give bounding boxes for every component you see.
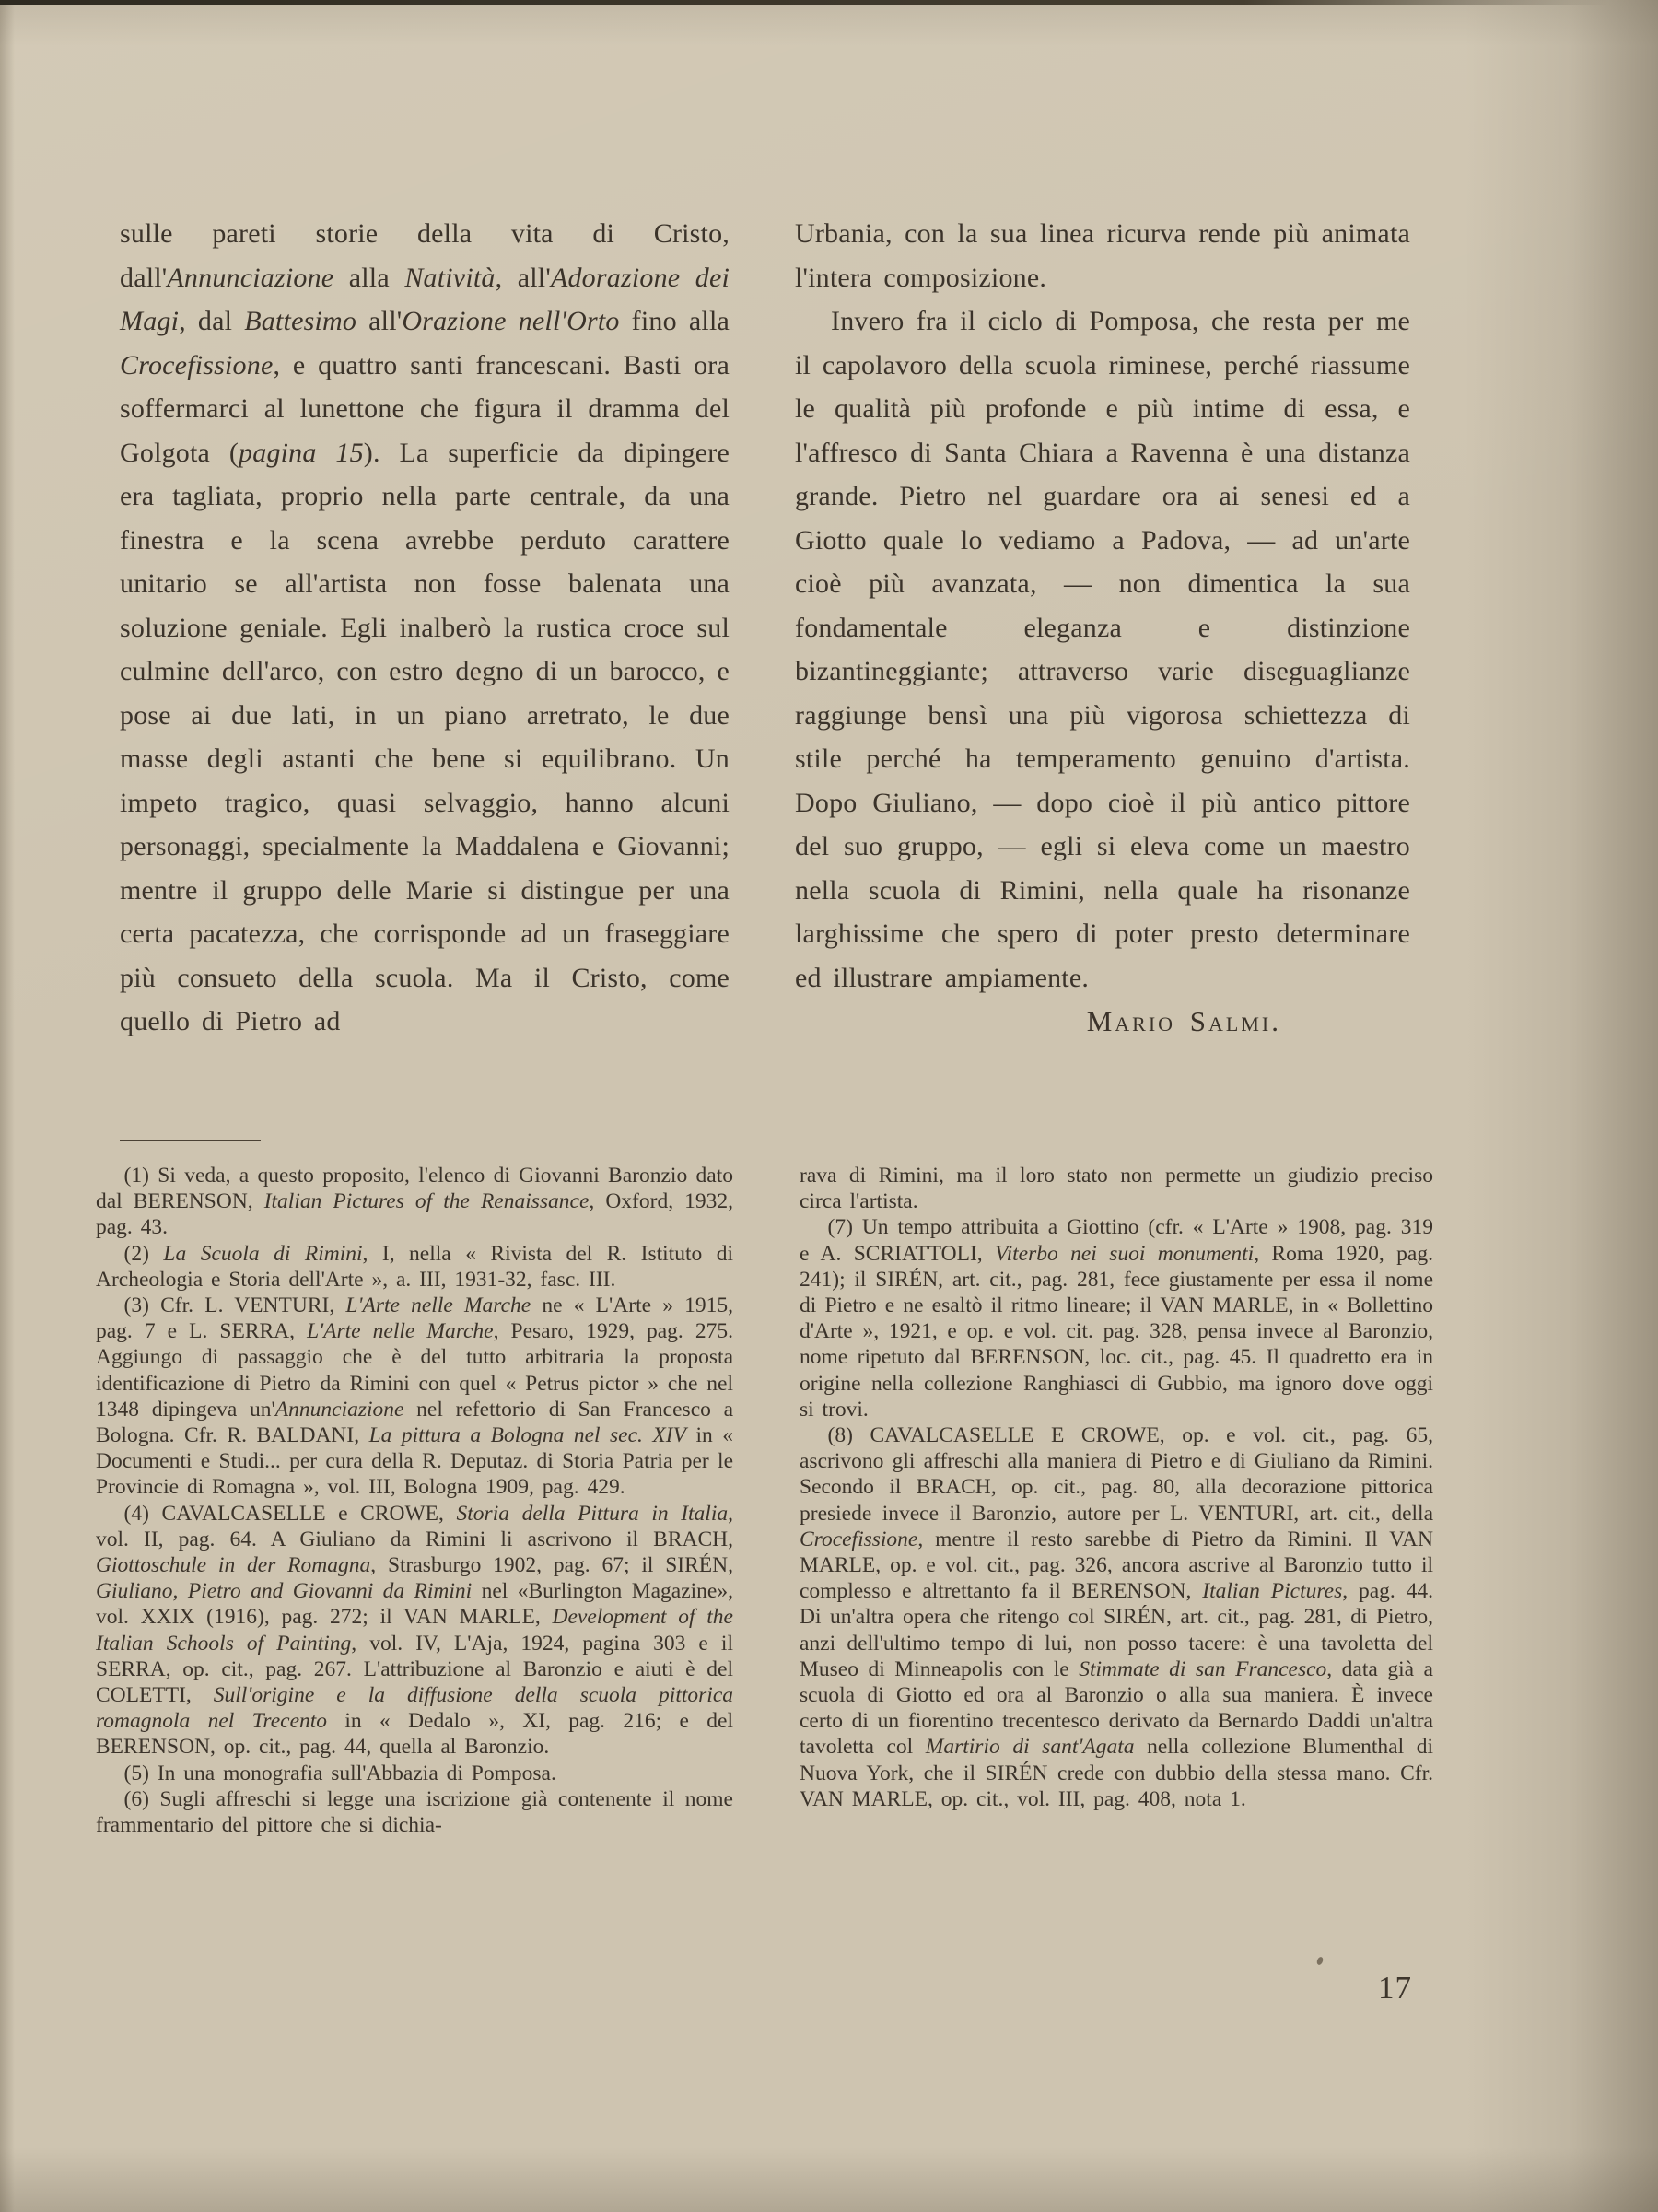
main-paragraph: Invero fra il ciclo di Pomposa, che rest… [795, 299, 1410, 1000]
main-column-left: sulle pareti storie della vita di Cristo… [120, 212, 730, 1044]
main-column-right-paragraphs: Urbania, con la sua linea ricurva rende … [795, 212, 1410, 1000]
scan-edge-top [0, 0, 1658, 5]
footnote: (8) CAVALCASELLE E CROWE, op. e vol. cit… [800, 1422, 1433, 1812]
footnote: (3) Cfr. L. VENTURI, L'Arte nelle Marche… [96, 1293, 733, 1501]
main-paragraph: sulle pareti storie della vita di Cristo… [120, 212, 730, 1044]
footnote: (5) In una monografia sull'Abbazia di Po… [96, 1761, 733, 1786]
footnote: (4) CAVALCASELLE e CROWE, Storia della P… [96, 1501, 733, 1761]
ink-speck [1315, 1956, 1325, 1966]
author-signature: Mario Salmi. [795, 1000, 1410, 1044]
footnote: (2) La Scuola di Rimini, I, nella « Rivi… [96, 1241, 733, 1293]
book-page: sulle pareti storie della vita di Cristo… [0, 0, 1658, 2212]
footnote: (7) Un tempo attribuita a Giottino (cfr.… [800, 1214, 1433, 1422]
footnote: (1) Si veda, a questo proposito, l'elenc… [96, 1163, 733, 1241]
footnote: rava di Rimini, ma il loro stato non per… [800, 1163, 1433, 1214]
footnote-separator-rule [120, 1140, 261, 1141]
main-paragraph: Urbania, con la sua linea ricurva rende … [795, 212, 1410, 299]
footnote: (6) Sugli affreschi si legge una iscrizi… [96, 1786, 733, 1838]
footnotes-right: rava di Rimini, ma il loro stato non per… [800, 1163, 1433, 1812]
main-column-right: Urbania, con la sua linea ricurva rende … [795, 212, 1410, 1044]
footnotes-left: (1) Si veda, a questo proposito, l'elenc… [96, 1163, 733, 1838]
page-number: 17 [1378, 1970, 1412, 2007]
